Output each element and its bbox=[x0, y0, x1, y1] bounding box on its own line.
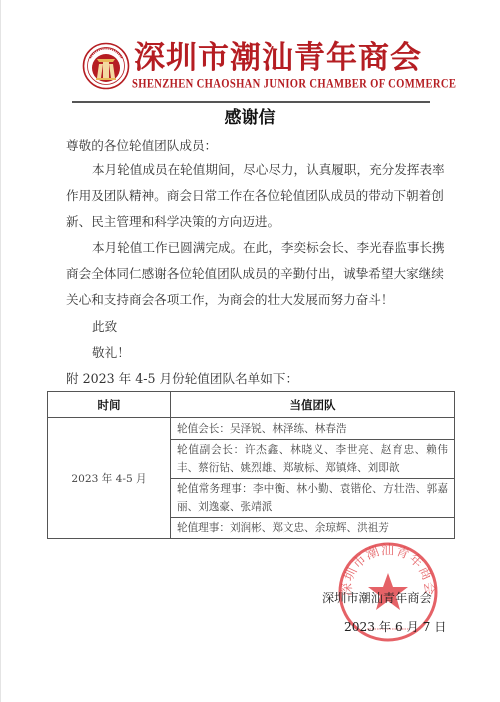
closing-line-2: 敬礼！ bbox=[92, 340, 472, 366]
letter-title: 感谢信 bbox=[0, 106, 500, 130]
roster-table: 时间 当值团队 2023 年 4-5 月 轮值会长：吴泽锐、林泽练、林春浩 轮值… bbox=[47, 391, 455, 539]
team-cell-vice-president: 轮值副会长：许杰鑫、林晓义、李世亮、赵育忠、赖伟丰、蔡衍钻、姚烈雄、郑敏标、郑镇… bbox=[171, 440, 455, 479]
team-cell-executive-director: 轮值常务理事：李中衡、林小勤、袁锴伦、方壮浩、郭嘉丽、刘逸豪、张靖派 bbox=[171, 479, 455, 518]
signature-org: 深圳市潮汕青年商会 bbox=[322, 589, 432, 607]
closing-line-1: 此致 bbox=[92, 314, 472, 340]
header-team: 当值团队 bbox=[171, 392, 455, 418]
header-time: 时间 bbox=[48, 392, 171, 418]
body-paragraph-2: 本月轮值工作已圆满完成。在此，李奕标会长、李光春监事长携商会全体同仁感谢各位轮值… bbox=[66, 235, 446, 313]
table-header-row: 时间 当值团队 bbox=[48, 392, 455, 418]
salutation: 尊敬的各位轮值团队成员： bbox=[66, 133, 446, 159]
letterhead: 深圳市潮汕青年商会 SHENZHEN CHAOSHAN JUNIOR CHAMB… bbox=[72, 36, 442, 98]
attachment-intro: 附 2023 年 4-5 月份轮值团队名单如下： bbox=[66, 366, 446, 392]
org-name-cn: 深圳市潮汕青年商会 bbox=[134, 40, 422, 76]
chamber-emblem-icon bbox=[82, 42, 130, 90]
period-cell: 2023 年 4-5 月 bbox=[48, 418, 171, 539]
body-paragraph-1: 本月轮值成员在轮值期间，尽心尽力，认真履职，充分发挥表率作用及团队精神。商会日常… bbox=[66, 157, 446, 235]
team-cell-president: 轮值会长：吴泽锐、林泽练、林春浩 bbox=[171, 418, 455, 440]
signature-date: 2023 年 6 月 7 日 bbox=[344, 618, 446, 636]
letterhead-divider bbox=[72, 101, 430, 103]
org-name-en: SHENZHEN CHAOSHAN JUNIOR CHAMBER OF COMM… bbox=[132, 77, 456, 93]
team-cell-director: 轮值理事：刘润彬、郑文忠、余琼辉、洪祖芳 bbox=[171, 518, 455, 539]
table-row: 2023 年 4-5 月 轮值会长：吴泽锐、林泽练、林春浩 bbox=[48, 418, 455, 440]
